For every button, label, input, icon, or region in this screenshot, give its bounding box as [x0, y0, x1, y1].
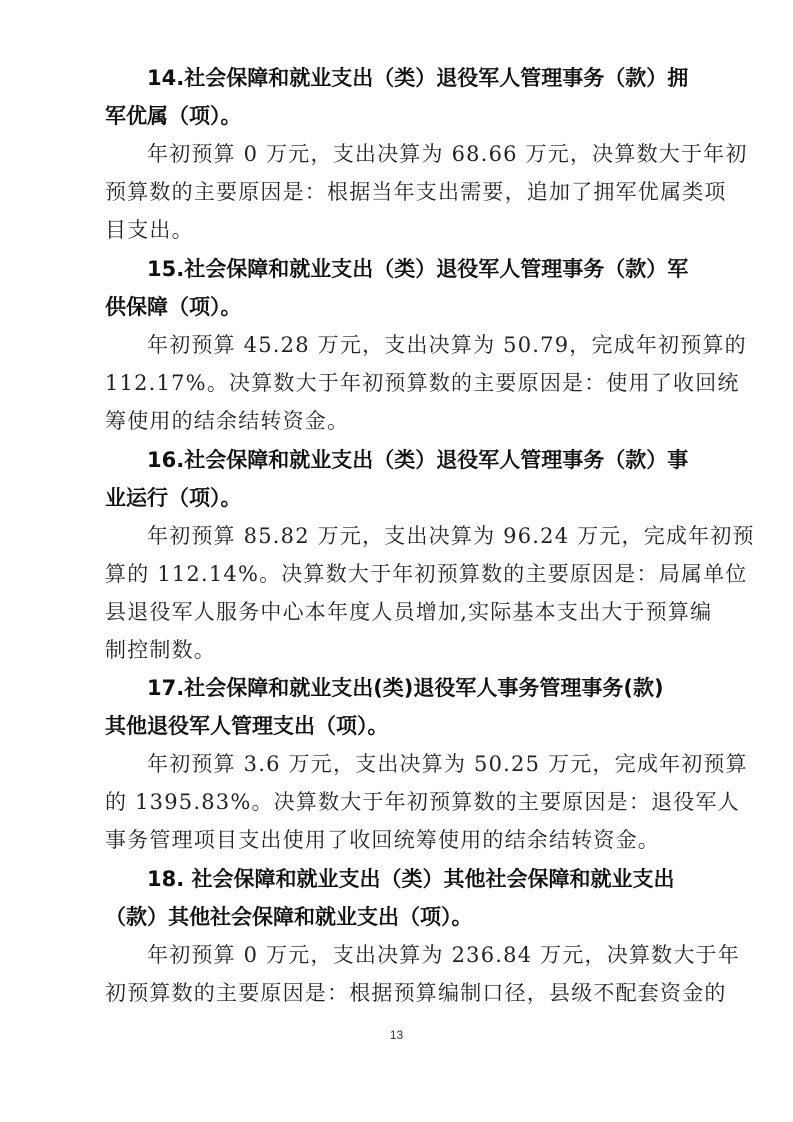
- section-heading-line: 18. 社会保障和就业支出（类）其他社会保障和就业支出: [147, 860, 695, 898]
- paragraph-line: 年初预算 85.82 万元，支出决算为 96.24 万元，完成年初预: [147, 517, 695, 555]
- paragraph-line: 年初预算 0 万元，支出决算为 236.84 万元，决算数大于年: [147, 936, 695, 974]
- paragraph-line: 制控制数。: [105, 631, 695, 669]
- paragraph-line: 年初预算 0 万元，支出决算为 68.66 万元，决算数大于年初: [147, 135, 695, 173]
- paragraph-line: 年初预算 45.28 万元，支出决算为 50.79，完成年初预算的: [147, 326, 695, 364]
- section-heading-line: （款）其他社会保障和就业支出（项）。: [105, 898, 695, 936]
- paragraph-line: 县退役军人服务中心本年度人员增加,实际基本支出大于预算编: [105, 593, 695, 631]
- page-number: 13: [0, 1028, 793, 1042]
- paragraph-line: 初预算数的主要原因是：根据预算编制口径，县级不配套资金的: [105, 974, 695, 1012]
- section-heading-line: 其他退役军人管理支出（项）。: [105, 707, 695, 745]
- section-heading-line: 17.社会保障和就业支出(类)退役军人事务管理事务(款): [147, 669, 695, 707]
- document-page: 14.社会保障和就业支出（类）退役军人管理事务（款）拥 军优属（项）。 年初预算…: [0, 0, 793, 1122]
- paragraph-line: 筹使用的结余结转资金。: [105, 402, 695, 440]
- section-heading-line: 15.社会保障和就业支出（类）退役军人管理事务（款）军: [147, 250, 695, 288]
- paragraph-line: 112.17%。决算数大于年初预算数的主要原因是：使用了收回统: [105, 364, 695, 402]
- paragraph-line: 年初预算 3.6 万元，支出决算为 50.25 万元，完成年初预算: [147, 745, 695, 783]
- paragraph-line: 事务管理项目支出使用了收回统筹使用的结余结转资金。: [105, 821, 695, 859]
- section-heading-line: 业运行（项）。: [105, 479, 695, 517]
- section-heading-line: 14.社会保障和就业支出（类）退役军人管理事务（款）拥: [147, 59, 695, 97]
- paragraph-line: 目支出。: [105, 211, 695, 249]
- section-heading-line: 供保障（项）。: [105, 288, 695, 326]
- paragraph-line: 的 1395.83%。决算数大于年初预算数的主要原因是：退役军人: [105, 783, 695, 821]
- section-heading-line: 16.社会保障和就业支出（类）退役军人管理事务（款）事: [147, 441, 695, 479]
- paragraph-line: 算的 112.14%。决算数大于年初预算数的主要原因是：局属单位: [105, 555, 695, 593]
- section-heading-line: 军优属（项）。: [105, 97, 695, 135]
- paragraph-line: 预算数的主要原因是：根据当年支出需要，追加了拥军优属类项: [105, 173, 695, 211]
